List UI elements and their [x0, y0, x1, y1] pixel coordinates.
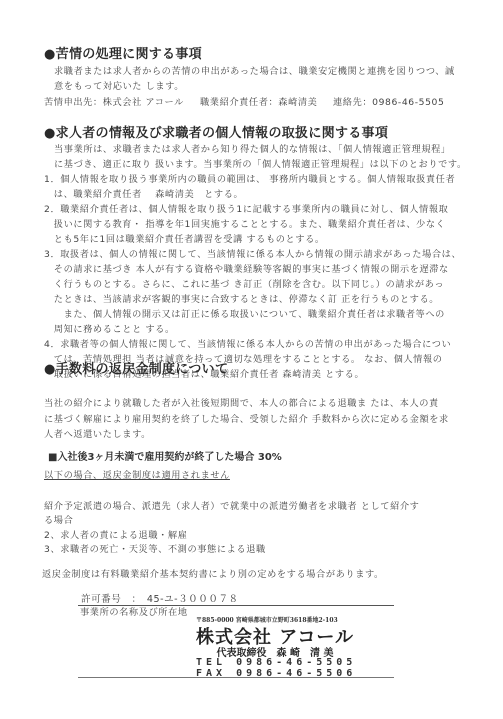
privacy-line: く行うものとする。さらに、これに基づ き訂正（削除を含む。以下同じ。）の請求があ… [44, 278, 444, 291]
privacy-line: 扱いに関する教育・ 指導を年1回実施することとする。また、職業紹介責任者は、少な… [44, 218, 445, 231]
refund-intro-line: に基づく解雇により雇用契約を終了した場合、受領した紹介 手数料から次に定める金額… [44, 413, 449, 426]
complaints-recipient: 苦情申出先：株式会社 アコール [44, 96, 184, 109]
complaints-manager: 職業紹介責任者：森崎清美 [200, 96, 317, 109]
privacy-line: 1．個人情報を取り扱う事業所内の職員の範囲は、 事務所内職員とする。個人情報取扱… [44, 173, 455, 186]
location-label: 事業所の名称及び所在地 [80, 606, 188, 619]
stamp-tel: TEL 0986-46-5505 [196, 657, 356, 668]
permit-number: 許可番号 ： 45-ユ-３０００７８ [81, 591, 239, 605]
privacy-line: たときは、当該請求が客観的事実に合致するときは、停滞なく訂 正を行うものとする。 [44, 293, 439, 306]
privacy-line: に基づき、適正に取り 扱います。当事業所の「個人情報適正管理規程」は以下のとおり… [54, 158, 467, 171]
privacy-line: その請求に基づき 本人が有する資格や職業経験等客観的事実に基づく情報の開示を遅滞… [44, 263, 449, 276]
refund-exclusion-line: 3、求職者の死亡・天災等、不測の事態による退職 [44, 543, 266, 556]
refund-intro-line: 当社の紹介により就職した者が入社後短期間で、本人の都合による退職ま たは、本人の… [44, 397, 439, 410]
privacy-line: は、職業紹介責任者 森崎清美 とする。 [44, 188, 243, 201]
privacy-line: また、個人情報の開示又は訂正に係る取扱いについて、職業紹介責任者は求職者等への [44, 308, 445, 321]
privacy-line: 当事業所は、求職者または求人者から知り得た個人的な情報は、「個人情報適正管理規程… [54, 143, 451, 156]
privacy-heading: ●求人者の情報及び求職者の個人情報の取扱に関する事項 [44, 122, 388, 141]
bottom-divider [78, 677, 394, 678]
refund-heading: ●手数料の返戻金制度について [44, 358, 228, 377]
complaints-line: 求職者または求人者からの苦情の申出があった場合は、職業安定機関と連携を図りつつ、… [54, 65, 455, 78]
refund-exclusion-line: る場合 [44, 514, 73, 527]
privacy-line: 2．職業紹介責任者は、個人情報を取り扱う1に記載する事業所内の職員に対し、個人情… [44, 203, 448, 216]
complaints-heading: ●苦情の処理に関する事項 [44, 43, 202, 62]
refund-exclusion-line: 2、求人者の責による退職・解雇 [44, 529, 187, 542]
refund-rule: ■入社後3ヶ月未満で雇用契約が終了した場合 30% [48, 448, 282, 463]
refund-note: 返戻金制度は有料職業紹介基本契約書により別の定めをする場合があります。 [42, 568, 384, 581]
privacy-line: とも5年に1回は職業紹介責任者講習を受講 するものとする。 [44, 233, 325, 246]
privacy-line: 3．取扱者は、個人の情報に関して、当該情報に係る本人から情報の開示請求があった場… [44, 248, 461, 261]
privacy-line: 4．求職者等の個人情報に関して、当該情報に係る本人からの苦情の申出があった場合に… [44, 338, 451, 351]
refund-intro-line: 人者へ返還いたします。 [44, 428, 151, 441]
refund-exclusion-line: 紹介予定派遣の場合、派遣先（求人者）で就業中の派遣労働者を求職者 として紹介す [44, 500, 419, 513]
privacy-line: 周知に務めることと する。 [44, 323, 175, 336]
complaints-line: 意をもって対応いた します。 [54, 80, 184, 93]
complaints-phone: 連絡先：0986-46-5505 [333, 96, 444, 109]
refund-exclusion-heading: 以下の場合、返戻金制度は適用されません [44, 469, 230, 482]
